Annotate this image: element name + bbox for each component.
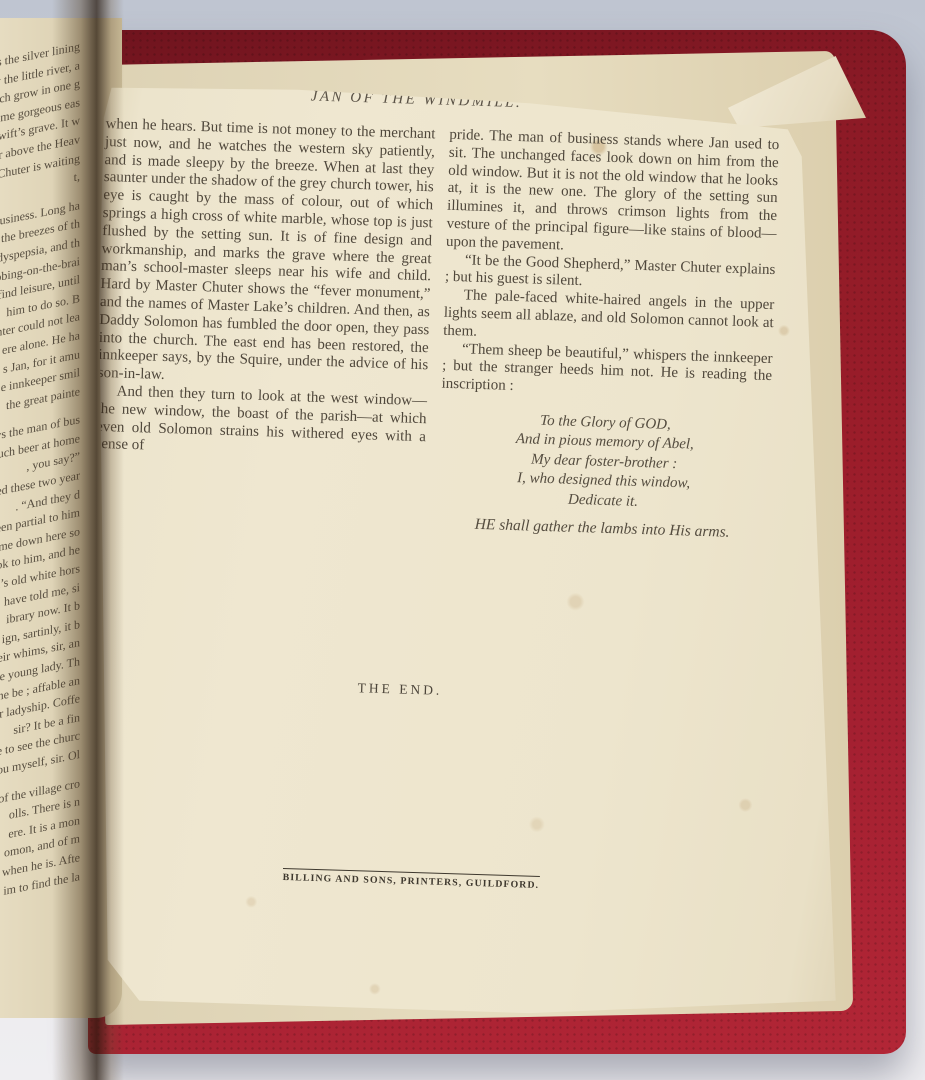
paragraph: And then they turn to look at the west w… [95, 383, 427, 465]
gutter-shadow [52, 0, 124, 1080]
paragraph: “Them sheep be beautiful,” whispers the … [441, 340, 773, 404]
page-content: JAN OF THE WINDMILL. 151 when he hears. … [37, 43, 837, 985]
left-column: when he hears. But time is not money to … [93, 116, 436, 532]
the-end-label: THE END. [14, 669, 786, 709]
printer-colophon: BILLING AND SONS, PRINTERS, GUILDFORD. [283, 868, 540, 891]
right-page: JAN OF THE WINDMILL. 151 when he hears. … [66, 50, 838, 1018]
right-column: pride. The man of business stands where … [437, 127, 780, 543]
window-inscription: To the Glory of GOD,And in pious memory … [438, 409, 771, 517]
paragraph: when he hears. But time is not money to … [97, 116, 435, 393]
paragraph: pride. The man of business stands where … [446, 127, 780, 262]
inscription-final-line: HE shall gather the lambs into His arms. [437, 515, 767, 543]
photo-open-book: ows the silver liningby the little river… [0, 0, 925, 1080]
text-columns: when he hears. But time is not money to … [93, 116, 793, 544]
right-column-paragraphs: pride. The man of business stands where … [441, 127, 779, 404]
